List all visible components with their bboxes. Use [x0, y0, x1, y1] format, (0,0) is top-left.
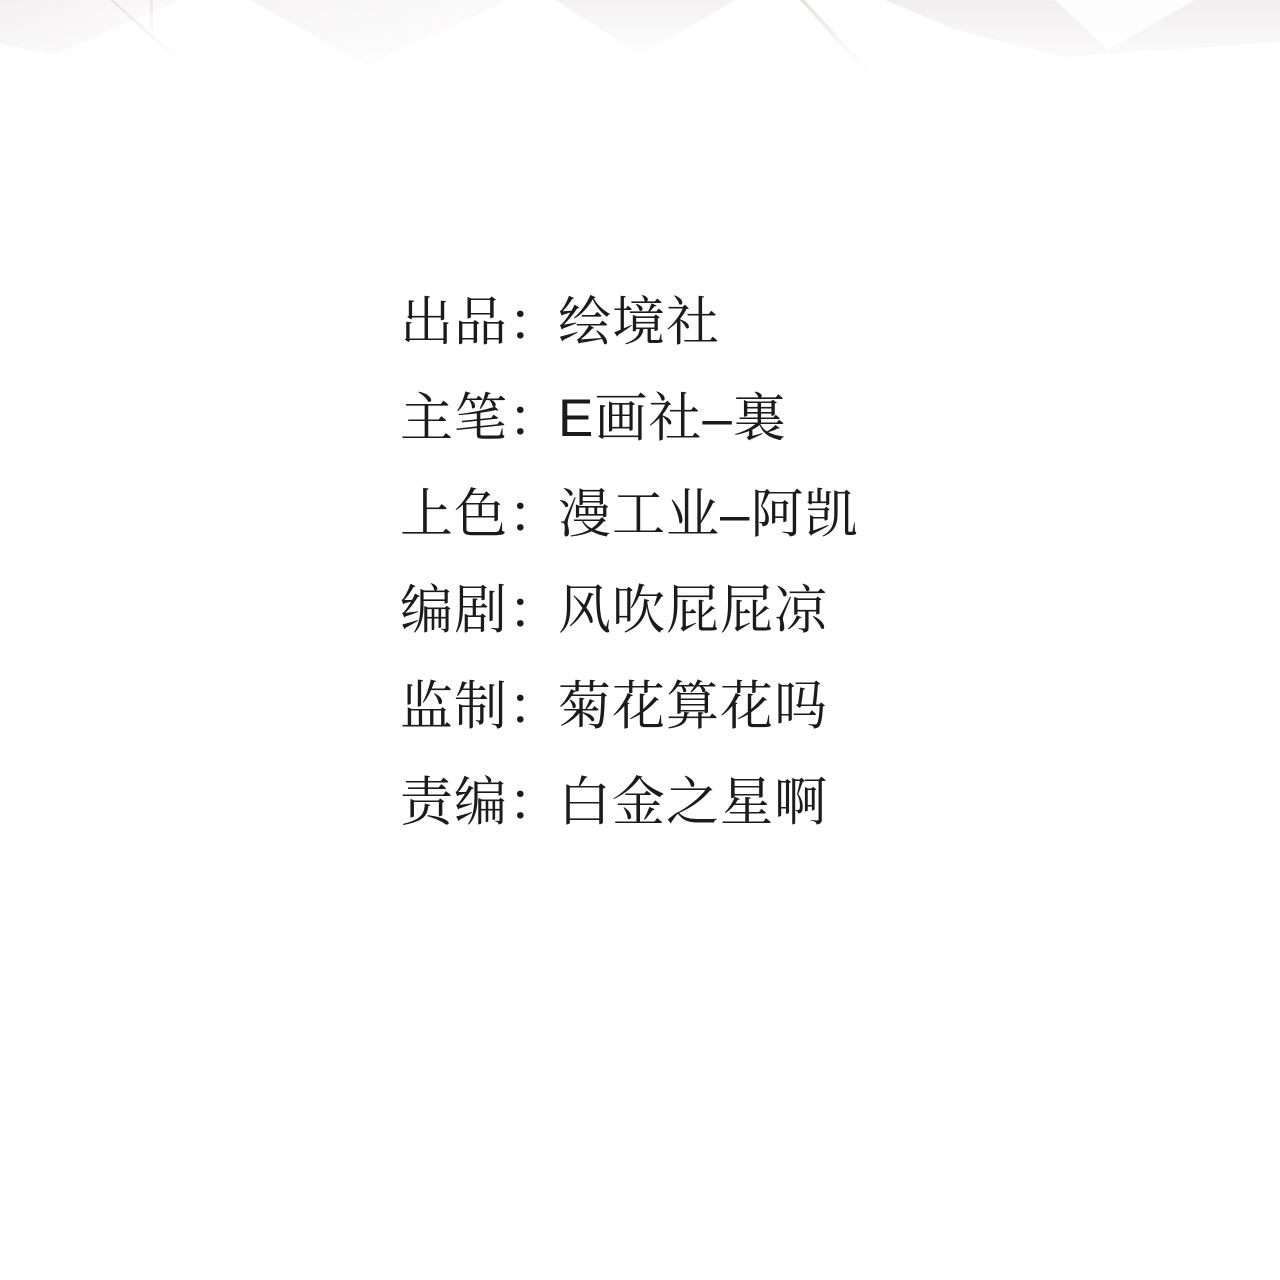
credit-row-supervisor: 监制：菊花算花吗 — [400, 659, 858, 755]
deco-fade-overlay — [0, 0, 1280, 110]
credit-value: 绘境社 — [558, 275, 720, 371]
credit-row-colorist: 上色：漫工业–阿凯 — [400, 467, 858, 563]
credit-row-producer: 出品：绘境社 — [400, 275, 858, 371]
credit-row-lead-artist: 主笔：E画社–裏 — [400, 371, 858, 467]
credit-row-screenwriter: 编剧：风吹屁屁凉 — [400, 563, 858, 659]
credit-label: 出品： — [400, 275, 558, 371]
deco-band-right — [885, 0, 1280, 60]
credit-value: 白金之星啊 — [558, 755, 828, 851]
deco-diagonal-line-left — [110, 0, 190, 70]
credit-row-editor: 责编：白金之星啊 — [400, 755, 858, 851]
credit-label: 上色： — [400, 467, 558, 563]
credit-label: 责编： — [400, 755, 558, 851]
header-polygon-pattern — [0, 0, 1280, 110]
credits-block: 出品：绘境社 主笔：E画社–裏 上色：漫工业–阿凯 编剧：风吹屁屁凉 监制：菊花… — [400, 275, 858, 851]
deco-notch-right — [1055, 0, 1195, 50]
credit-value: E画社–裏 — [558, 371, 787, 467]
deco-triangle-midleft — [250, 0, 510, 65]
credit-value: 漫工业–阿凯 — [558, 467, 858, 563]
credits-page: 出品：绘境社 主笔：E画社–裏 上色：漫工业–阿凯 编剧：风吹屁屁凉 监制：菊花… — [0, 0, 1280, 1280]
credit-value: 风吹屁屁凉 — [558, 563, 828, 659]
deco-triangle-left — [0, 0, 180, 55]
credit-label: 编剧： — [400, 563, 558, 659]
deco-vertical-line — [150, 0, 153, 40]
deco-diagonal-line-right — [800, 0, 875, 80]
credit-label: 主笔： — [400, 371, 558, 467]
credit-value: 菊花算花吗 — [558, 659, 828, 755]
credit-label: 监制： — [400, 659, 558, 755]
deco-triangle-center — [555, 0, 735, 55]
